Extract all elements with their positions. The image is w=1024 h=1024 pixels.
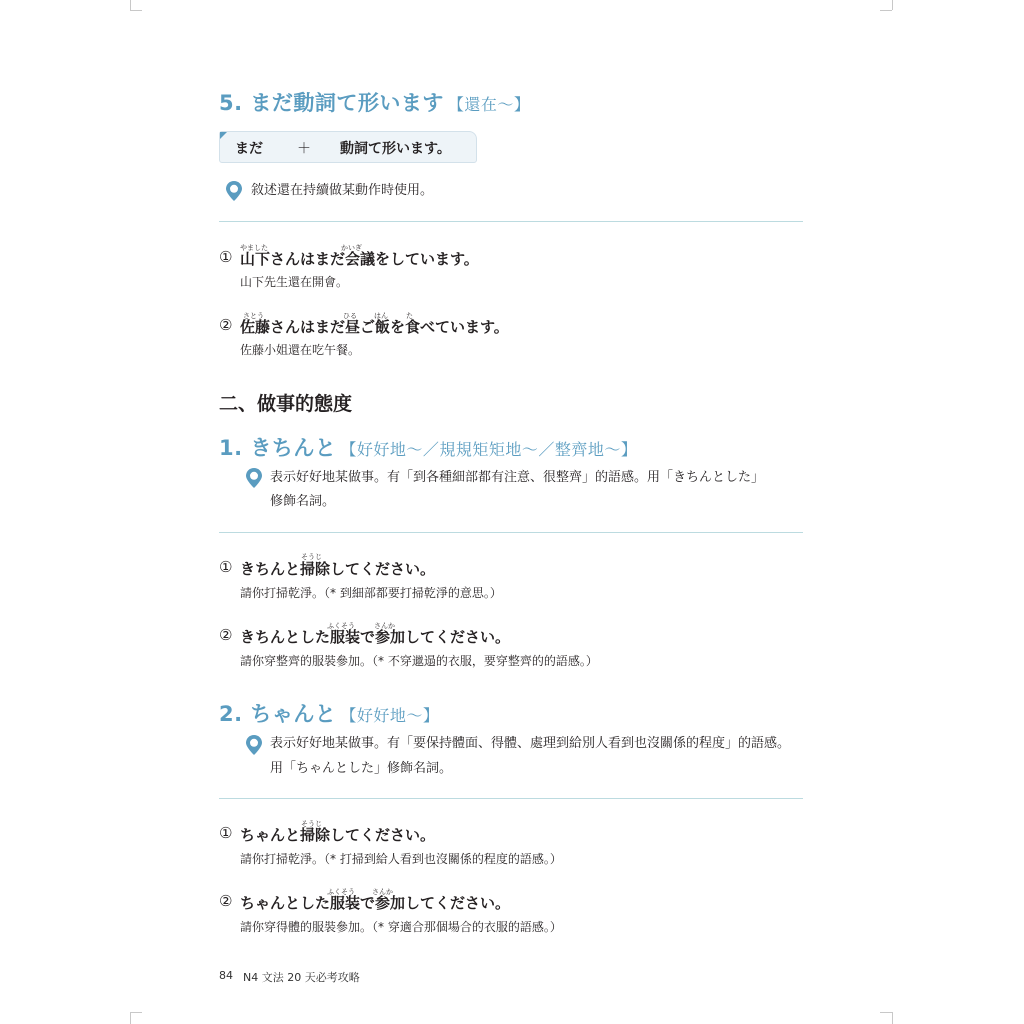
crop-mark	[880, 1012, 892, 1013]
section-meaning: 【還在～】	[448, 95, 531, 114]
example-translation: 請你穿得體的服裝參加。（* 穿適合那個場合的衣服的語感。）	[240, 918, 562, 935]
section-meaning: 【好好地～／規規矩矩地～／整齊地～】	[340, 440, 637, 459]
divider	[219, 221, 803, 222]
location-pin-icon	[245, 734, 263, 756]
section-meaning: 【好好地～】	[340, 706, 439, 725]
example-translation: 請你穿整齊的服裝參加。（* 不穿邋遢的衣服，要穿整齊的的語感。）	[240, 652, 598, 669]
page-number: 84	[219, 969, 233, 982]
example-sentence: 山下さんはまだ会議をしています。	[240, 248, 479, 269]
section-title: きちんと	[250, 436, 336, 460]
divider	[219, 532, 803, 533]
usage-note-line2: 修飾名詞。	[270, 490, 335, 514]
example-number: ①	[219, 558, 232, 576]
location-pin-icon	[225, 180, 243, 202]
example-sentence: ちゃんとした服装で参加してください。	[240, 892, 510, 913]
book-title: N4 文法 20 天必考攻略	[243, 969, 360, 985]
example-translation: 佐藤小姐還在吃午餐。	[240, 341, 360, 358]
divider	[219, 798, 803, 799]
grammar-formula-box: まだ ＋ 動詞て形います。	[219, 131, 477, 163]
example-number: ②	[219, 892, 232, 910]
example-sentence: 佐藤さんはまだ昼ご飯を食べています。	[240, 316, 509, 337]
section-5-heading: 5. まだ動詞て形います【還在～】	[219, 87, 530, 117]
section-number: 2.	[219, 702, 243, 726]
example-number: ①	[219, 824, 232, 842]
example-sentence: きちんと掃除してください。	[240, 558, 435, 579]
crop-mark	[130, 1012, 142, 1013]
crop-mark	[892, 0, 893, 10]
chanto-heading: 2. ちゃんと【好好地～】	[219, 698, 439, 728]
example-translation: 請你打掃乾淨。（* 打掃到給人看到也沒關係的程度的語感。）	[240, 850, 562, 867]
usage-note-line1: 表示好好地某做事。有「要保持體面、得體、處理到給別人看到也沒關係的程度」的語感。	[270, 732, 790, 756]
crop-mark	[880, 10, 892, 11]
formula-part2: 動詞て形います。	[340, 138, 451, 158]
section-title: ちゃんと	[250, 702, 336, 726]
crop-mark	[892, 1012, 893, 1024]
crop-mark	[130, 1012, 131, 1024]
kichinto-heading: 1. きちんと【好好地～／規規矩矩地～／整齊地～】	[219, 432, 637, 462]
usage-note-line1: 表示好好地某做事。有「到各種細部都有注意、很整齊」的語感。用「きちんとした」	[270, 466, 764, 490]
example-translation: 山下先生還在開會。	[240, 273, 348, 290]
section-title: まだ動詞て形います	[250, 91, 444, 115]
example-number: ②	[219, 626, 232, 644]
usage-note: 敘述還在持續做某動作時使用。	[251, 179, 433, 203]
section-number: 5.	[219, 91, 243, 115]
formula-part1: まだ	[235, 138, 263, 158]
location-pin-icon	[245, 467, 263, 489]
example-translation: 請你打掃乾淨。（* 到細部都要打掃乾淨的意思。）	[240, 584, 502, 601]
example-sentence: ちゃんと掃除してください。	[240, 824, 435, 845]
example-number: ②	[219, 316, 232, 334]
section-number: 1.	[219, 436, 243, 460]
corner-triangle-icon	[220, 132, 227, 139]
crop-mark	[130, 0, 131, 10]
chapter-heading: 二、做事的態度	[219, 389, 352, 416]
usage-note-line2: 用「ちゃんとした」修飾名詞。	[270, 757, 452, 781]
example-sentence: きちんとした服装で参加してください。	[240, 626, 510, 647]
example-number: ①	[219, 248, 232, 266]
crop-mark	[130, 10, 142, 11]
formula-plus: ＋	[297, 138, 311, 158]
